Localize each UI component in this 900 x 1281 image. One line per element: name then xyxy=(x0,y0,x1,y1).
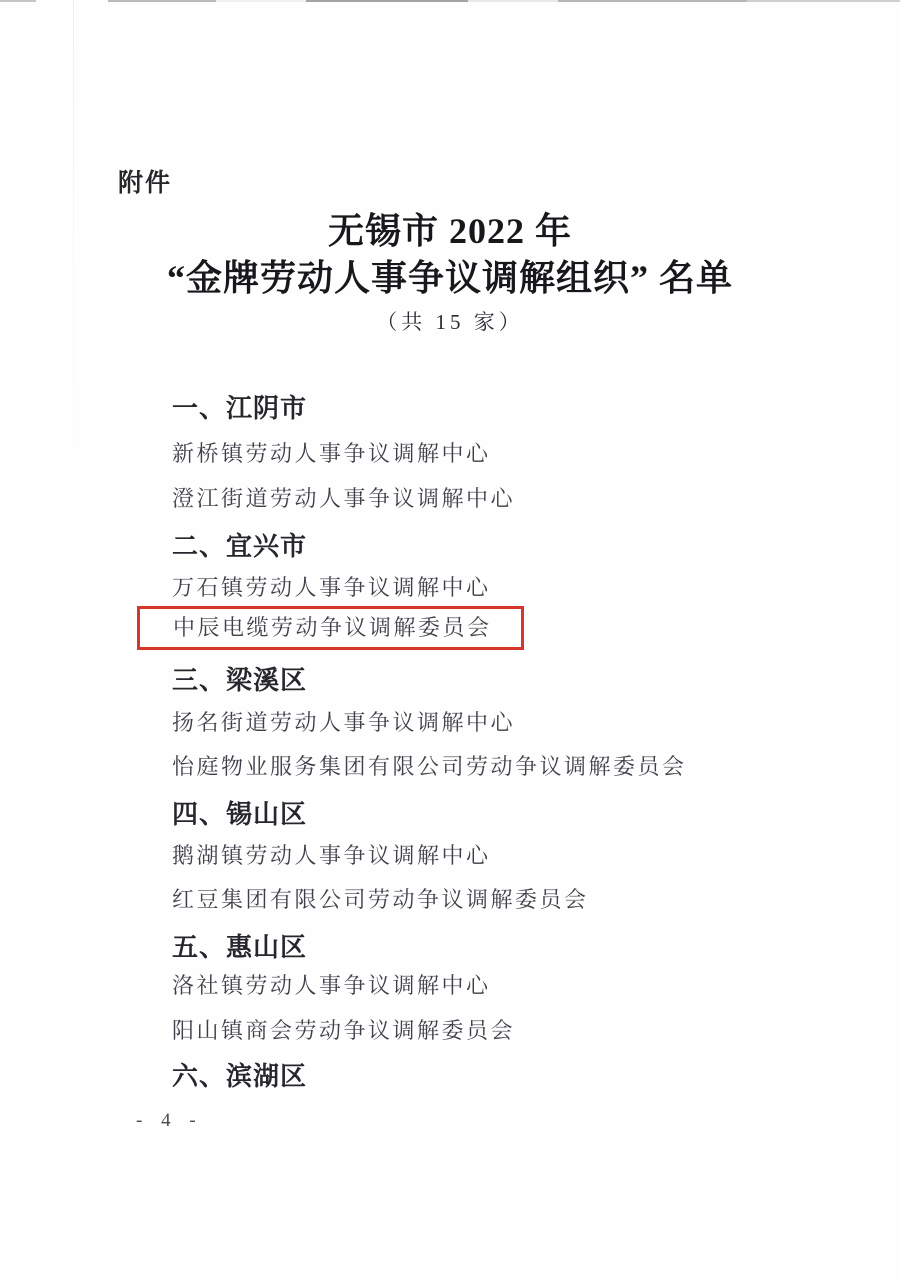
page-number: - 4 - xyxy=(136,1110,203,1132)
section-header-liangxi: 三、梁溪区 xyxy=(172,660,307,697)
list-item: 鹅湖镇劳动人事争议调解中心 xyxy=(172,839,491,870)
list-item: 万石镇劳动人事争议调解中心 xyxy=(172,571,491,602)
section-header-yixing: 二、宜兴市 xyxy=(172,526,307,563)
list-item: 洛社镇劳动人事争议调解中心 xyxy=(172,969,491,1000)
list-item: 澄江街道劳动人事争议调解中心 xyxy=(172,482,515,513)
scan-edge-artifact xyxy=(0,0,900,2)
document-subtitle-count: （共 15 家） xyxy=(0,306,900,336)
list-item: 新桥镇劳动人事争议调解中心 xyxy=(172,437,491,468)
list-item: 扬名街道劳动人事争议调解中心 xyxy=(172,706,515,737)
document-title-line1: 无锡市 2022 年 xyxy=(0,203,900,254)
highlight-box: 中辰电缆劳动争议调解委员会 xyxy=(137,606,524,650)
section-header-binhu: 六、滨湖区 xyxy=(172,1056,307,1093)
document-title-line2: “金牌劳动人事争议调解组织” 名单 xyxy=(0,250,900,301)
list-item-highlighted: 中辰电缆劳动争议调解委员会 xyxy=(140,609,521,647)
list-item: 怡庭物业服务集团有限公司劳动争议调解委员会 xyxy=(172,750,687,781)
list-item: 红豆集团有限公司劳动争议调解委员会 xyxy=(172,883,589,914)
section-header-jiangyin: 一、江阴市 xyxy=(172,388,307,425)
list-item: 阳山镇商会劳动争议调解委员会 xyxy=(172,1014,515,1045)
section-header-huishan: 五、惠山区 xyxy=(172,927,307,964)
attachment-label: 附件 xyxy=(118,163,172,199)
document-page: 附件 无锡市 2022 年 “金牌劳动人事争议调解组织” 名单 （共 15 家）… xyxy=(0,0,900,1281)
section-header-xishan: 四、锡山区 xyxy=(172,794,307,831)
